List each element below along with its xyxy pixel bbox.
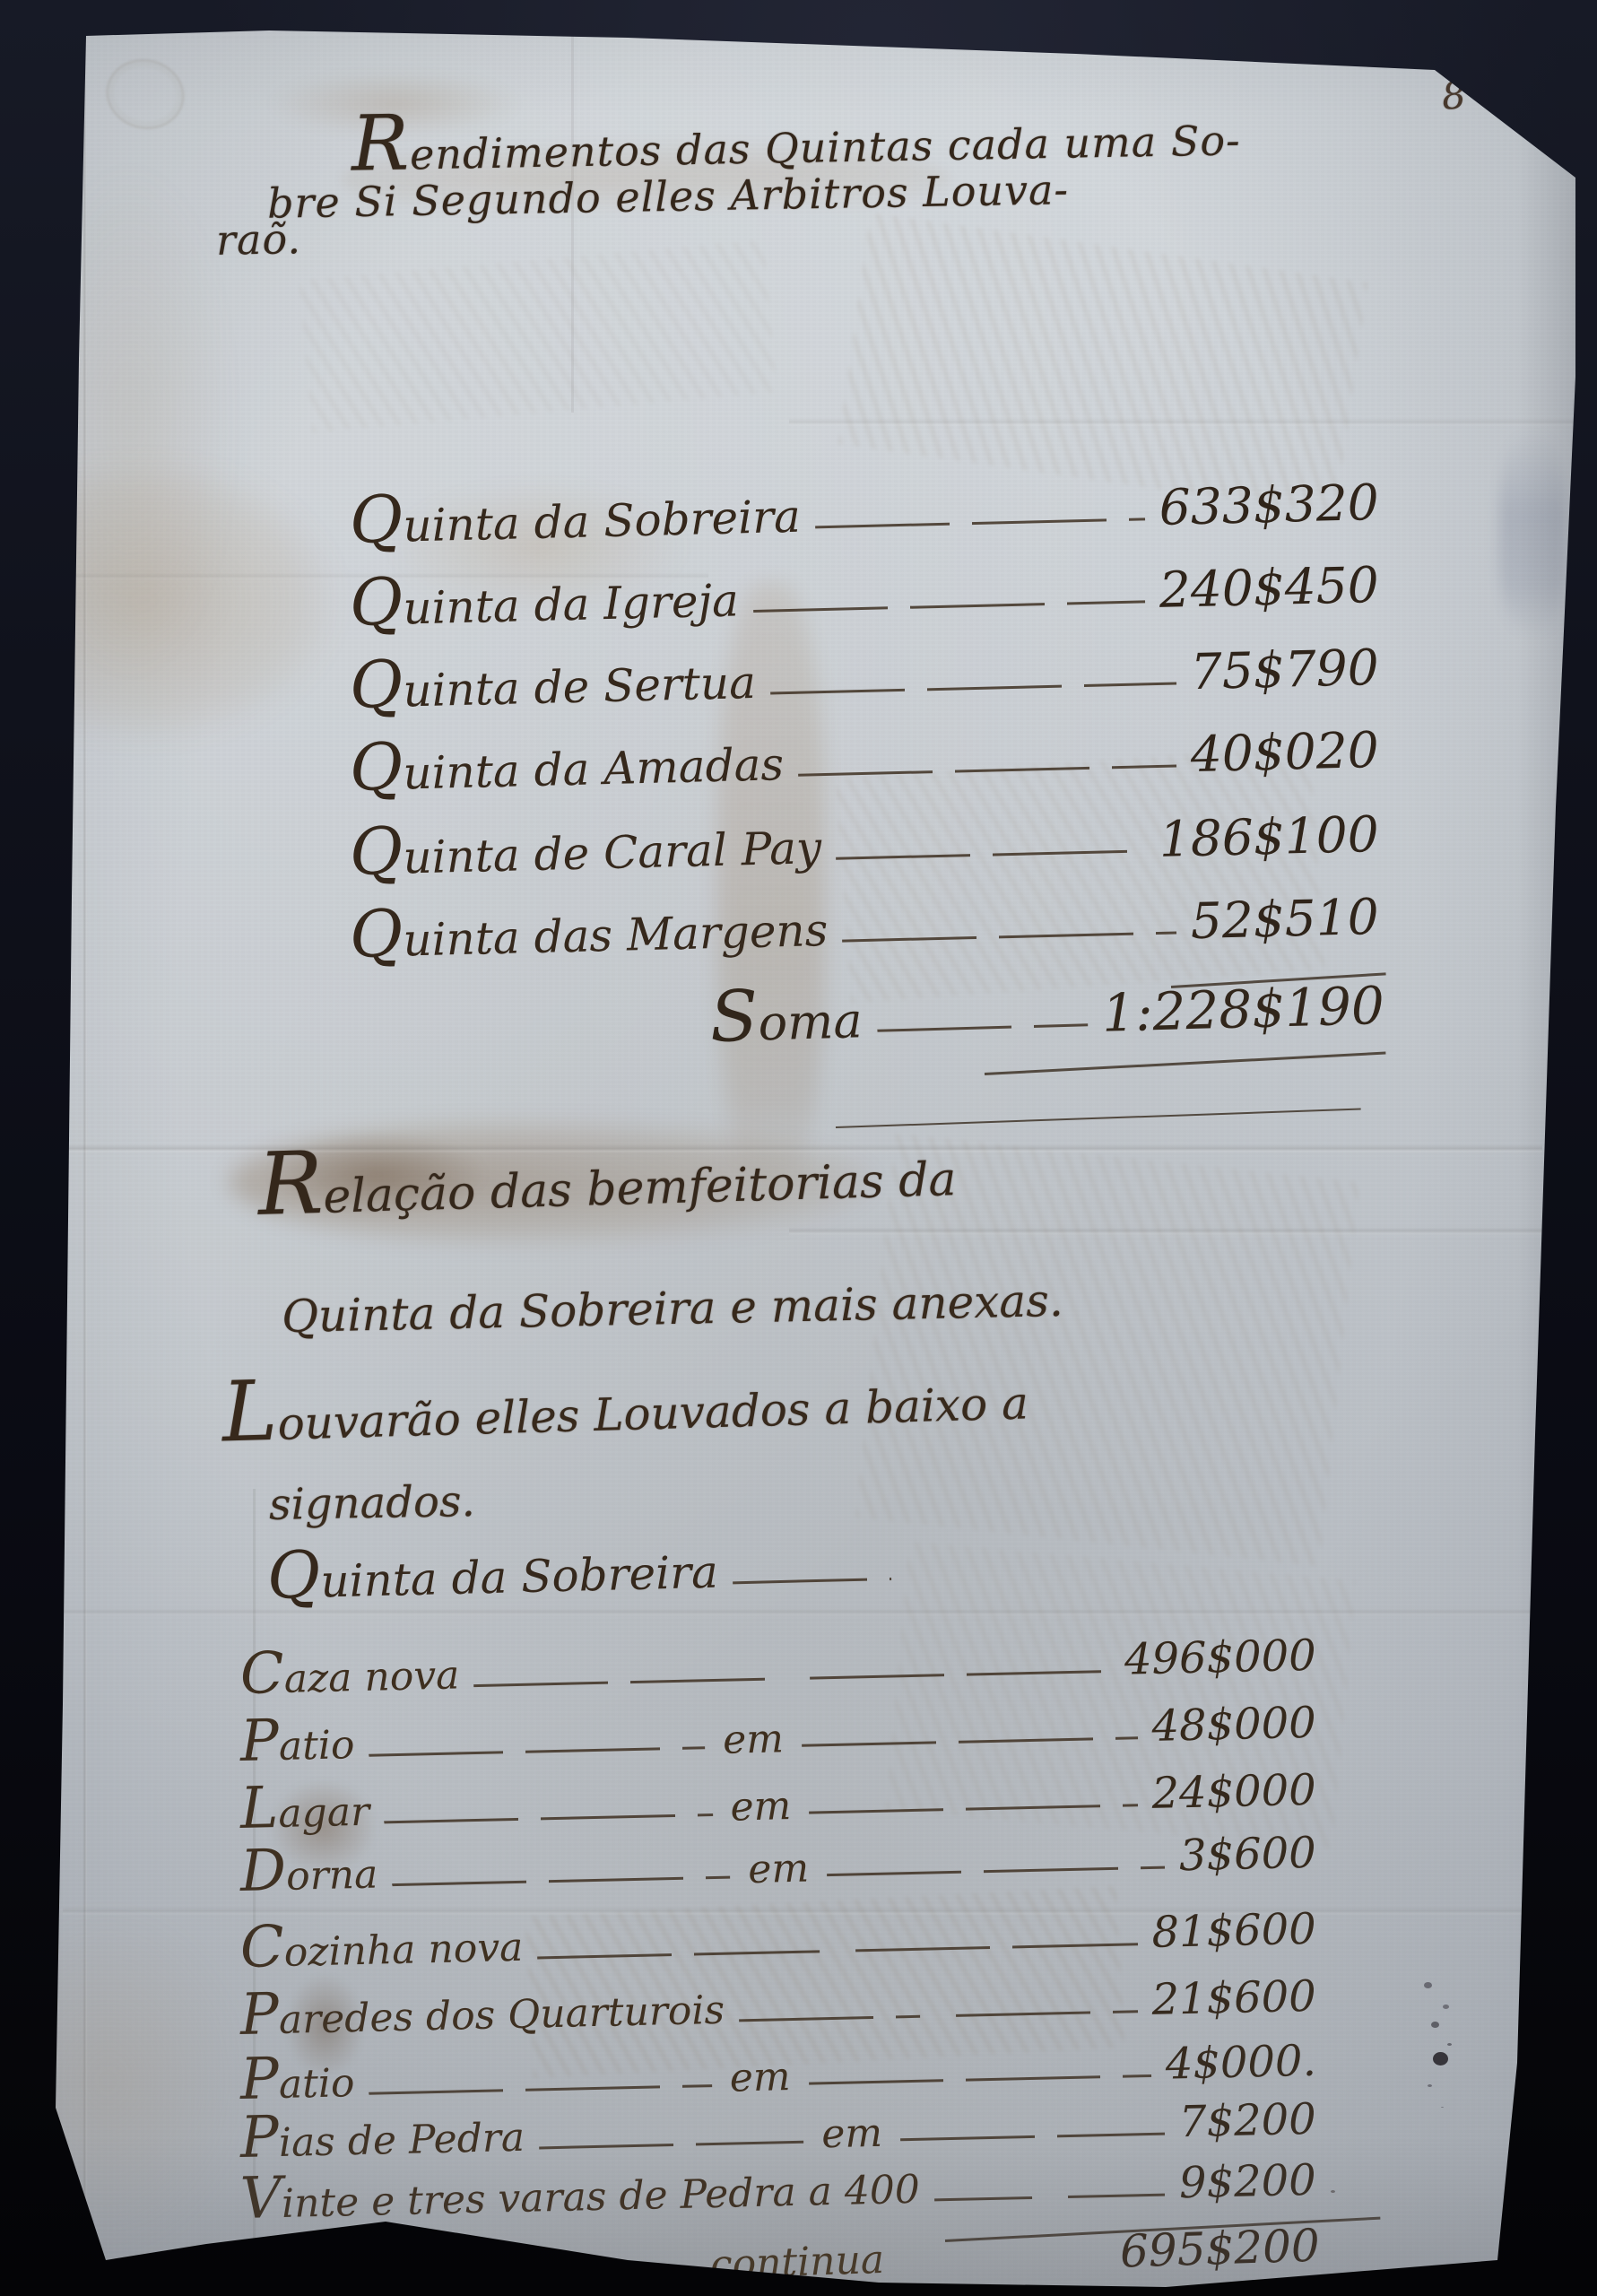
paper-shading	[0, 0, 1597, 2296]
manuscript-page: 8 Rendimentos das Quintas cada uma So- b…	[0, 0, 1597, 2296]
photo-background: 8 Rendimentos das Quintas cada uma So- b…	[0, 0, 1597, 2296]
